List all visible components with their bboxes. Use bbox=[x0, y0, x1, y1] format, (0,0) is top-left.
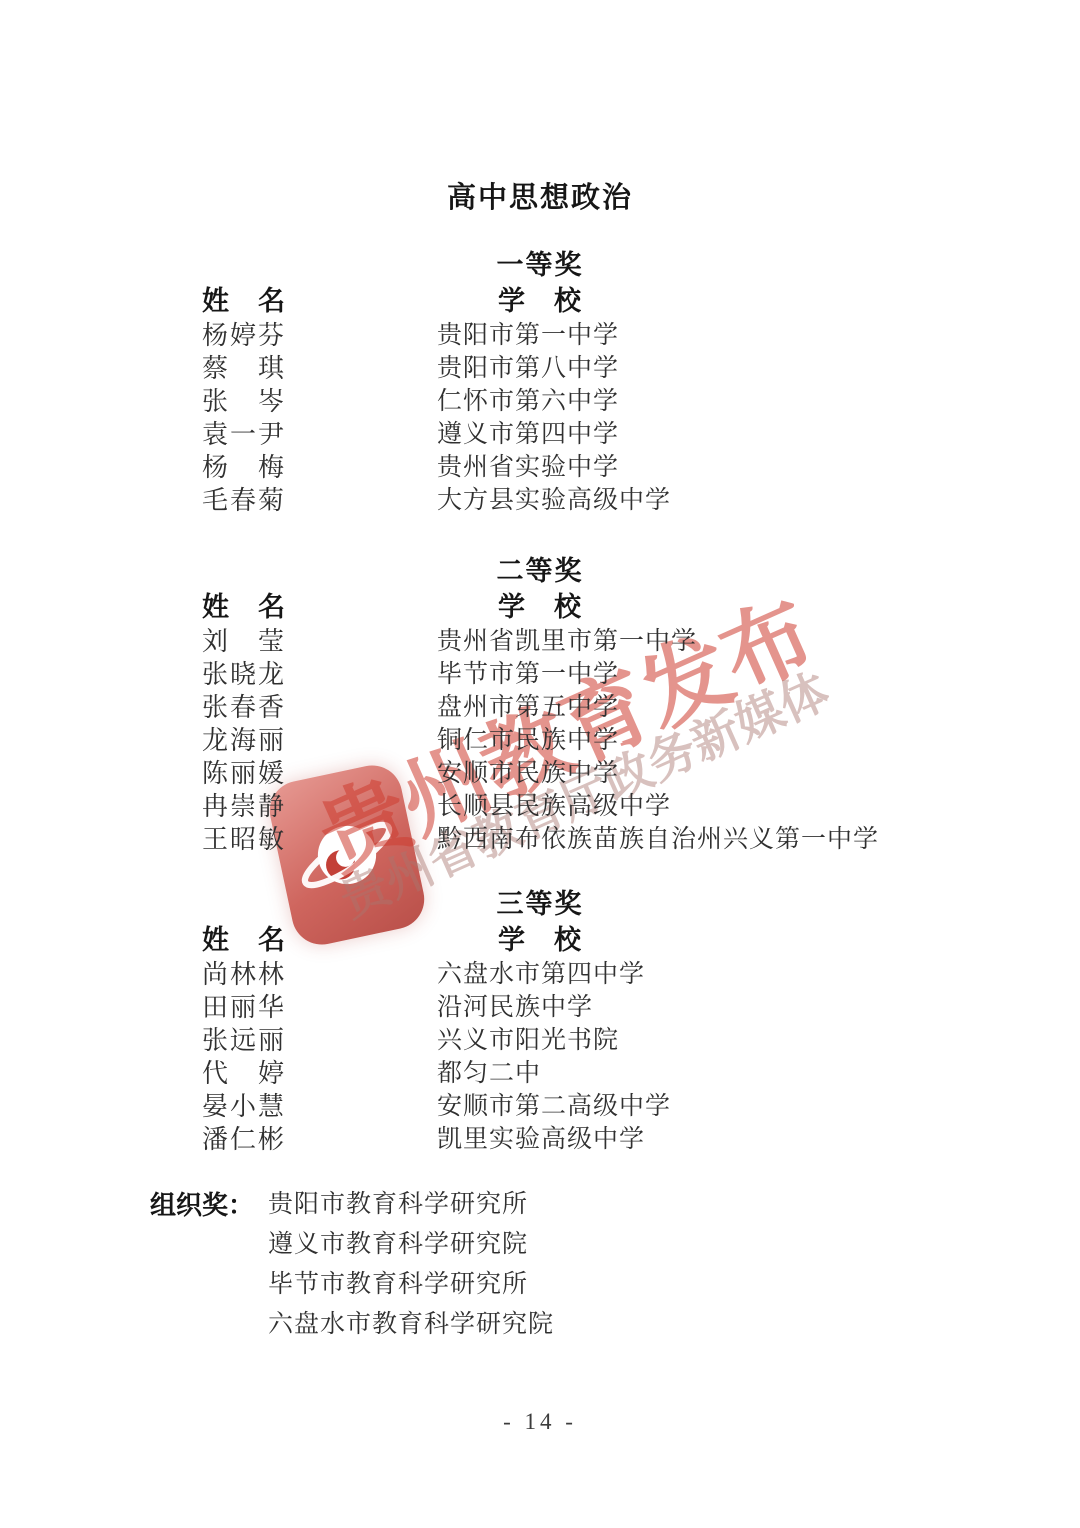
winner-name: 杨婷芬 bbox=[202, 319, 437, 352]
winner-school: 贵阳市第八中学 bbox=[437, 352, 1080, 385]
table-header-row: 姓 名 学 校 bbox=[0, 589, 1080, 625]
column-header-school: 学 校 bbox=[498, 589, 582, 625]
table-row: 王昭敏 黔西南布依族苗族自治州兴义第一中学 bbox=[0, 823, 1080, 856]
organization-award-label: 组织奖： bbox=[150, 1185, 268, 1225]
winner-name: 刘 莹 bbox=[202, 625, 437, 658]
winner-name: 张晓龙 bbox=[202, 658, 437, 691]
page-number: - 14 - bbox=[0, 1408, 1080, 1436]
table-row: 晏小慧 安顺市第二高级中学 bbox=[0, 1090, 1080, 1123]
section-heading-third-prize: 三等奖 bbox=[0, 886, 1080, 922]
table-row: 张春香 盘州市第五中学 bbox=[0, 691, 1080, 724]
table-row: 张晓龙 毕节市第一中学 bbox=[0, 658, 1080, 691]
winner-school: 贵阳市第一中学 bbox=[437, 319, 1080, 352]
section-first-prize: 一等奖 姓 名 学 校 杨婷芬 贵阳市第一中学 蔡 琪 贵阳市第八中学 张 岑 … bbox=[0, 247, 1080, 517]
table-row: 刘 莹 贵州省凯里市第一中学 bbox=[0, 625, 1080, 658]
winner-name: 张远丽 bbox=[202, 1024, 437, 1057]
table-row: 张 岑 仁怀市第六中学 bbox=[0, 385, 1080, 418]
winner-school: 长顺县民族高级中学 bbox=[437, 790, 1080, 823]
column-header-name: 姓 名 bbox=[202, 922, 286, 958]
organization-award-item: 贵阳市教育科学研究所 bbox=[268, 1185, 554, 1225]
table-row: 田丽华 沿河民族中学 bbox=[0, 991, 1080, 1024]
organization-award-item: 六盘水市教育科学研究院 bbox=[268, 1305, 554, 1345]
winner-name: 毛春菊 bbox=[202, 484, 437, 517]
table-row: 张远丽 兴义市阳光书院 bbox=[0, 1024, 1080, 1057]
winner-name: 尚林林 bbox=[202, 958, 437, 991]
section-second-prize: 二等奖 姓 名 学 校 刘 莹 贵州省凯里市第一中学 张晓龙 毕节市第一中学 张… bbox=[0, 553, 1080, 856]
winner-school: 都匀二中 bbox=[437, 1057, 1080, 1090]
section-heading-first-prize: 一等奖 bbox=[0, 247, 1080, 283]
winner-school: 安顺市第二高级中学 bbox=[437, 1090, 1080, 1123]
winner-name: 龙海丽 bbox=[202, 724, 437, 757]
winner-school: 毕节市第一中学 bbox=[437, 658, 1080, 691]
winner-name: 杨 梅 bbox=[202, 451, 437, 484]
column-header-school: 学 校 bbox=[498, 922, 582, 958]
column-header-name: 姓 名 bbox=[202, 589, 286, 625]
winner-school: 仁怀市第六中学 bbox=[437, 385, 1080, 418]
table-header-row: 姓 名 学 校 bbox=[0, 922, 1080, 958]
winner-name: 蔡 琪 bbox=[202, 352, 437, 385]
page-title: 高中思想政治 bbox=[0, 180, 1080, 216]
document-content: 高中思想政治 一等奖 姓 名 学 校 杨婷芬 贵阳市第一中学 蔡 琪 贵阳市第八… bbox=[0, 0, 1080, 1528]
table-row: 毛春菊 大方县实验高级中学 bbox=[0, 484, 1080, 517]
table-row: 尚林林 六盘水市第四中学 bbox=[0, 958, 1080, 991]
organization-award-item: 遵义市教育科学研究院 bbox=[268, 1225, 554, 1265]
winner-name: 田丽华 bbox=[202, 991, 437, 1024]
winner-name: 代 婷 bbox=[202, 1057, 437, 1090]
winner-name: 陈丽媛 bbox=[202, 757, 437, 790]
winner-school: 遵义市第四中学 bbox=[437, 418, 1080, 451]
winner-school: 铜仁市民族中学 bbox=[437, 724, 1080, 757]
winner-name: 张春香 bbox=[202, 691, 437, 724]
table-header-row: 姓 名 学 校 bbox=[0, 283, 1080, 319]
winner-name: 晏小慧 bbox=[202, 1090, 437, 1123]
winner-name: 袁一尹 bbox=[202, 418, 437, 451]
winner-school: 安顺市民族中学 bbox=[437, 757, 1080, 790]
winner-school: 大方县实验高级中学 bbox=[437, 484, 1080, 517]
organization-award-list: 贵阳市教育科学研究所 遵义市教育科学研究院 毕节市教育科学研究所 六盘水市教育科… bbox=[268, 1185, 554, 1345]
table-row: 代 婷 都匀二中 bbox=[0, 1057, 1080, 1090]
winner-school: 贵州省实验中学 bbox=[437, 451, 1080, 484]
winner-school: 盘州市第五中学 bbox=[437, 691, 1080, 724]
winner-school: 沿河民族中学 bbox=[437, 991, 1080, 1024]
table-row: 杨婷芬 贵阳市第一中学 bbox=[0, 319, 1080, 352]
winner-name: 张 岑 bbox=[202, 385, 437, 418]
winner-name: 冉崇静 bbox=[202, 790, 437, 823]
winner-school: 贵州省凯里市第一中学 bbox=[437, 625, 1080, 658]
section-heading-second-prize: 二等奖 bbox=[0, 553, 1080, 589]
winner-school: 兴义市阳光书院 bbox=[437, 1024, 1080, 1057]
organization-award-block: 组织奖： 贵阳市教育科学研究所 遵义市教育科学研究院 毕节市教育科学研究所 六盘… bbox=[150, 1185, 554, 1345]
table-row: 陈丽媛 安顺市民族中学 bbox=[0, 757, 1080, 790]
winner-school: 六盘水市第四中学 bbox=[437, 958, 1080, 991]
table-row: 冉崇静 长顺县民族高级中学 bbox=[0, 790, 1080, 823]
section-third-prize: 三等奖 姓 名 学 校 尚林林 六盘水市第四中学 田丽华 沿河民族中学 张远丽 … bbox=[0, 886, 1080, 1156]
winner-name: 王昭敏 bbox=[202, 823, 437, 856]
winner-school: 凯里实验高级中学 bbox=[437, 1123, 1080, 1156]
table-row: 杨 梅 贵州省实验中学 bbox=[0, 451, 1080, 484]
table-row: 潘仁彬 凯里实验高级中学 bbox=[0, 1123, 1080, 1156]
table-row: 蔡 琪 贵阳市第八中学 bbox=[0, 352, 1080, 385]
column-header-name: 姓 名 bbox=[202, 283, 286, 319]
document-page: 贵州教育发布 贵州省教育厅政务新媒体 高中思想政治 一等奖 姓 名 学 校 杨婷… bbox=[0, 0, 1080, 1528]
table-row: 龙海丽 铜仁市民族中学 bbox=[0, 724, 1080, 757]
table-row: 袁一尹 遵义市第四中学 bbox=[0, 418, 1080, 451]
winner-name: 潘仁彬 bbox=[202, 1123, 437, 1156]
winner-school: 黔西南布依族苗族自治州兴义第一中学 bbox=[437, 823, 1080, 856]
column-header-school: 学 校 bbox=[498, 283, 582, 319]
organization-award-item: 毕节市教育科学研究所 bbox=[268, 1265, 554, 1305]
